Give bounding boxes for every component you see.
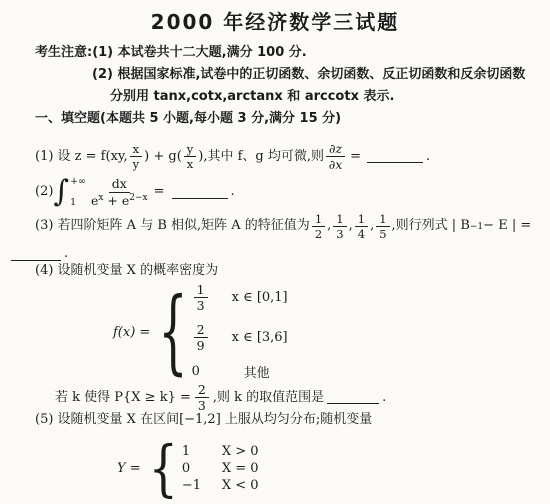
q4-piecewise-function: f(x) = { 13 x ∈ [0,1] 29 x ∈ [3,6] <box>113 285 288 379</box>
q5-case-row-3: −1 X < 0 <box>182 478 259 493</box>
q5-case-val-2: 0 <box>182 461 216 476</box>
integral-upper-limit: +∞ <box>70 177 86 187</box>
q4-k-text-2: ,则 k 的取值范围是 <box>213 390 324 406</box>
q4-text-1: (4) 设随机变量 X 的概率密度为 <box>35 263 218 279</box>
integral-sign: ∫ +∞ 1 <box>53 177 86 207</box>
q5-function-lhs: Y = <box>117 461 141 476</box>
q5-case-cond-2: X = 0 <box>216 461 259 476</box>
q4-case-cond-2: x ∈ [3,6] <box>226 330 288 345</box>
section-heading: 一、填空题(本题共 5 小题,每小题 3 分,满分 15 分) <box>35 111 341 127</box>
q5-case-val-1: 1 <box>182 444 216 459</box>
q4-k-period: . <box>382 390 386 406</box>
q1-answer-blank <box>367 150 423 163</box>
q3-answer-blank <box>11 248 61 261</box>
fraction-x-over-y: x y <box>130 143 143 170</box>
q4-k-text-1: 若 k 使得 P{X ≥ k} = <box>55 390 191 406</box>
partial-derivative-fraction: ∂z ∂x <box>326 142 345 171</box>
fraction-1-5: 15 <box>376 213 389 240</box>
q5-piecewise-function: Y = { 1 X > 0 0 X = 0 −1 X < 0 <box>117 437 259 500</box>
q1-text-3: ),其中 f、g 均可微,则 <box>198 149 324 165</box>
integral-lower-limit: 1 <box>70 198 86 208</box>
q5-case-row-2: 0 X = 0 <box>182 461 259 476</box>
page-title: 2000 年经济数学三试题 <box>0 6 550 35</box>
q4-case-row-3: 0 其他 <box>192 362 288 381</box>
fraction-1-2: 12 <box>312 213 325 240</box>
q1-text-1: (1) 设 z = f(xy, <box>35 149 128 165</box>
q4-answer-blank <box>327 391 379 404</box>
question-4: (4) 设随机变量 X 的概率密度为 <box>35 263 218 279</box>
q4-function-lhs: f(x) = <box>113 325 150 340</box>
question-3: (3) 若四阶矩阵 A 与 B 相似,矩阵 A 的特征值为 12 , 13 , … <box>35 213 531 240</box>
notice-line-2: (2) 根据国家标准,试卷中的正切函数、余切函数、反正切函数和反余切函数 <box>92 67 525 83</box>
fraction-2-over-3: 23 <box>195 383 209 412</box>
notice-line-1: 考生注意:(1) 本试卷共十二大题,满分 100 分. <box>35 45 307 61</box>
q1-equals: = <box>350 149 361 165</box>
q4-case-cond-3: 其他 <box>226 362 270 381</box>
q5-case-val-3: −1 <box>182 478 216 493</box>
q5-case-cond-3: X < 0 <box>216 478 259 493</box>
q1-period: . <box>426 149 430 165</box>
q2-period: . <box>231 184 235 200</box>
q3-text-1: (3) 若四阶矩阵 A 与 B 相似,矩阵 A 的特征值为 <box>35 218 310 234</box>
fraction-1-4: 14 <box>355 213 368 240</box>
fraction-y-over-x: y x <box>184 143 197 170</box>
question-3-continuation: . <box>8 246 68 262</box>
q4-case-row-1: 13 x ∈ [0,1] <box>192 283 288 312</box>
fraction-2-over-9: 29 <box>194 323 208 352</box>
q2-label: (2) <box>35 184 53 200</box>
integrand-fraction: dx ex + e2−x <box>91 177 148 206</box>
q3-text-2: ,则行列式 | B <box>392 218 470 234</box>
q4-case-cond-1: x ∈ [0,1] <box>226 290 288 305</box>
fraction-1-over-3: 13 <box>194 283 208 312</box>
exam-document-page: 2000 年经济数学三试题 考生注意:(1) 本试卷共十二大题,满分 100 分… <box>0 0 550 504</box>
fraction-1-3: 13 <box>333 213 346 240</box>
left-brace: { <box>158 291 187 374</box>
q4-case-val-3: 0 <box>192 364 226 379</box>
q2-equals: = <box>154 184 165 200</box>
q1-text-2: ) + g( <box>144 149 182 165</box>
q3-text-3: − E | = <box>483 218 531 234</box>
q2-answer-blank <box>172 186 228 199</box>
q5-text-1: (5) 设随机变量 X 在区间[−1,2] 上服从均匀分布;随机变量 <box>35 412 372 428</box>
question-2: (2) ∫ +∞ 1 dx ex + e2−x = . <box>35 177 235 207</box>
q4-k-condition: 若 k 使得 P{X ≥ k} = 23 ,则 k 的取值范围是 . <box>55 383 386 412</box>
q3-period: . <box>64 246 68 262</box>
notice-line-3: 分别用 tanx,cotx,arctanx 和 arccotx 表示. <box>110 89 394 105</box>
q4-case-row-2: 29 x ∈ [3,6] <box>192 323 288 352</box>
q5-case-row-1: 1 X > 0 <box>182 444 259 459</box>
question-1: (1) 设 z = f(xy, x y ) + g( y x ),其中 f、g … <box>35 142 430 171</box>
q5-case-cond-1: X > 0 <box>216 444 259 459</box>
question-5: (5) 设随机变量 X 在区间[−1,2] 上服从均匀分布;随机变量 <box>35 412 372 428</box>
left-brace: { <box>149 441 178 496</box>
